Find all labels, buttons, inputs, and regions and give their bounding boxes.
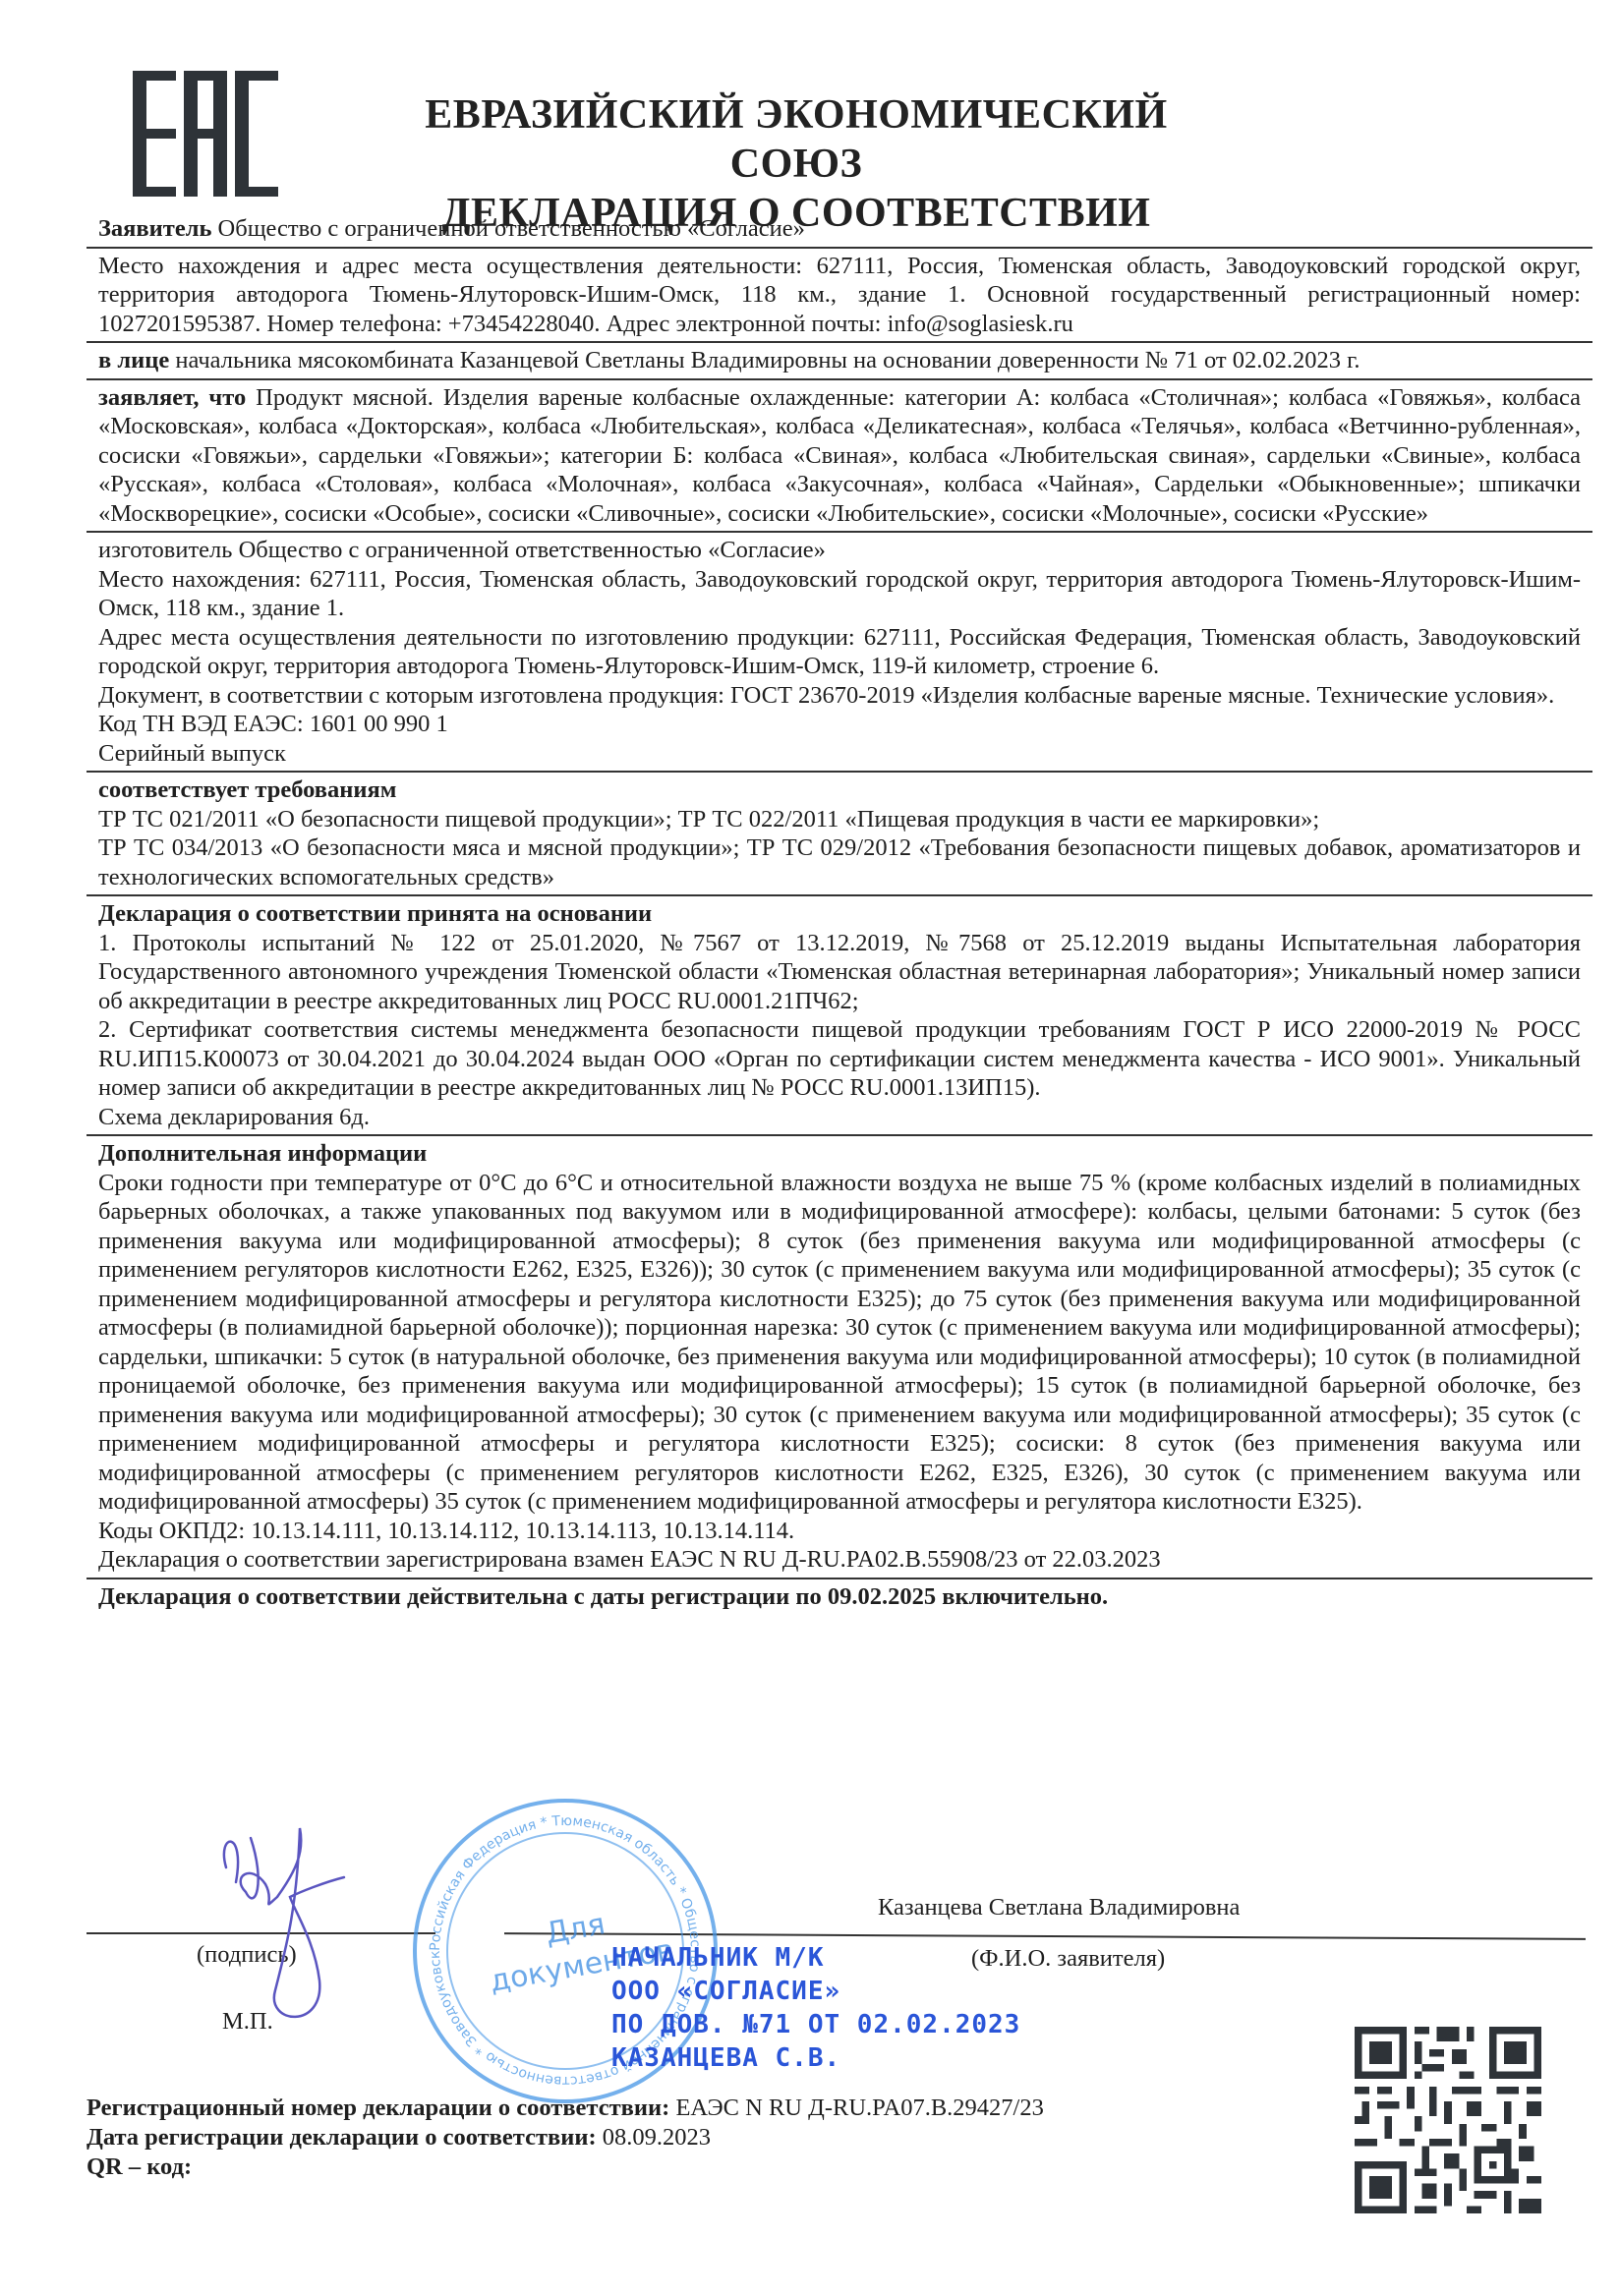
manufacturer-document: Документ, в соответствии с которым изгот… [98, 681, 1581, 711]
reg-number-label: Регистрационный номер декларации о соотв… [87, 2095, 669, 2121]
validity-text: Декларация о соответствии действительна … [98, 1582, 1581, 1612]
declaration-page: ЕВРАЗИЙСКИЙ ЭКОНОМИЧЕСКИЙ СОЮЗ ДЕКЛАРАЦИ… [0, 0, 1620, 2296]
requirements-line-1: ТР ТС 021/2011 «О безопасности пищевой п… [98, 805, 1581, 834]
eac-mark-icon [133, 71, 278, 197]
applicant-value: Общество с ограниченной ответственностью… [218, 215, 805, 242]
basis-item-2: 2. Сертификат соответствия системы менед… [98, 1015, 1581, 1103]
okpd-codes: Коды ОКПД2: 10.13.14.111, 10.13.14.112, … [98, 1517, 1581, 1546]
handwritten-signature-icon [206, 1823, 374, 2030]
tn-ved-code: Код ТН ВЭД ЕАЭС: 1601 00 990 1 [98, 710, 1581, 739]
requirements-label: соответствует требованиям [98, 775, 1581, 805]
authority-stamp: НАЧАЛЬНИК М/К ООО «СОГЛАСИЕ» ПО ДОВ. №71… [611, 1941, 1020, 2075]
release-type: Серийный выпуск [98, 739, 1581, 769]
eac-logo-icon [133, 71, 278, 197]
requirements-line-2: ТР ТС 034/2013 «О безопасности мяса и мя… [98, 833, 1581, 891]
represented-block: в лице начальника мясокомбината Казанцев… [87, 343, 1592, 380]
applicant-address-block: Место нахождения и адрес места осуществл… [87, 249, 1592, 344]
applicant-address: Место нахождения и адрес места осуществл… [98, 252, 1581, 339]
applicant-block: Заявитель Общество с ограниченной ответс… [87, 211, 1592, 249]
applicant-full-name: Казанцева Светлана Владимировна [878, 1894, 1240, 1922]
manufacturer-name: изготовитель Общество с ограниченной отв… [98, 536, 1581, 565]
qr-code-icon[interactable] [1355, 2027, 1541, 2213]
title-line-1: ЕВРАЗИЙСКИЙ ЭКОНОМИЧЕСКИЙ СОЮЗ [354, 90, 1239, 189]
manufacturer-location: Место нахождения: 627111, Россия, Тюменс… [98, 565, 1581, 623]
declares-value: Продукт мясной. Изделия вареные колбасны… [98, 384, 1581, 527]
additional-block: Дополнительная информации Сроки годности… [87, 1136, 1592, 1579]
reg-date-value: 08.09.2023 [603, 2124, 711, 2151]
manufacturer-block: изготовитель Общество с ограниченной отв… [87, 533, 1592, 773]
represented-label: в лице [98, 347, 169, 373]
applicant-label: Заявитель [98, 215, 211, 242]
replaces-text: Декларация о соответствии зарегистрирова… [98, 1545, 1581, 1575]
authority-stamp-line-3: ПО ДОВ. №71 ОТ 02.02.2023 [611, 2008, 1020, 2041]
qr-label: QR – код: [87, 2152, 1044, 2182]
declaration-body: Заявитель Общество с ограниченной ответс… [87, 211, 1592, 1614]
basis-scheme: Схема декларирования 6д. [98, 1103, 1581, 1132]
represented-value: начальника мясокомбината Казанцевой Свет… [175, 347, 1360, 373]
authority-stamp-line-1: НАЧАЛЬНИК М/К [611, 1941, 1020, 1975]
registration-block: Регистрационный номер декларации о соотв… [87, 2094, 1044, 2182]
basis-label: Декларация о соответствии принята на осн… [98, 899, 1581, 929]
reg-number-value: ЕАЭС N RU Д-RU.PA07.B.29427/23 [675, 2095, 1043, 2121]
validity-block: Декларация о соответствии действительна … [87, 1579, 1592, 1615]
additional-label: Дополнительная информации [98, 1139, 1581, 1169]
declares-block: заявляет, что Продукт мясной. Изделия ва… [87, 380, 1592, 534]
authority-stamp-line-4: КАЗАНЦЕВА С.В. [611, 2041, 1020, 2075]
manufacturer-production-address: Адрес места осуществления деятельности п… [98, 623, 1581, 681]
requirements-block: соответствует требованиям ТР ТС 021/2011… [87, 773, 1592, 896]
declares-label: заявляет, что [98, 384, 246, 411]
shelf-life-text: Сроки годности при температуре от 0°С до… [98, 1169, 1581, 1517]
basis-block: Декларация о соответствии принята на осн… [87, 896, 1592, 1136]
basis-item-1: 1. Протоколы испытаний № 122 от 25.01.20… [98, 929, 1581, 1016]
authority-stamp-line-2: ООО «СОГЛАСИЕ» [611, 1975, 1020, 2008]
reg-date-label: Дата регистрации декларации о соответств… [87, 2124, 597, 2151]
